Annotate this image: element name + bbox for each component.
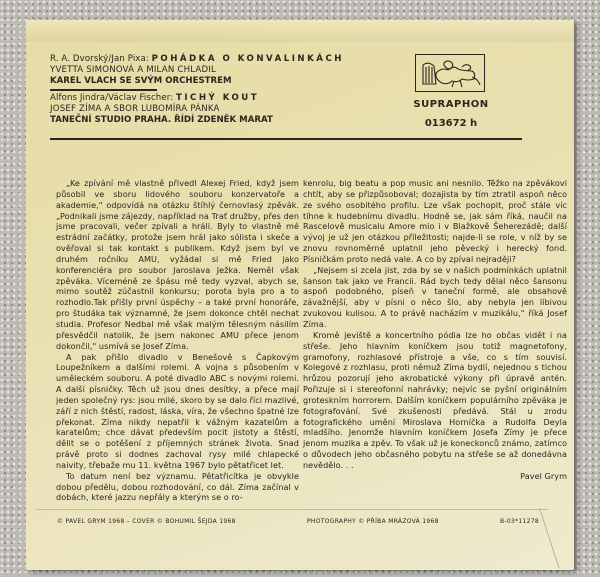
track2-orchestra: TANEČNÍ STUDIO PRAHA. ŘÍDÍ ZDENĚK MARAT (50, 115, 410, 126)
track-divider (50, 89, 157, 91)
article-column-2: kenrolu, big beatu a pop music ani nesni… (303, 178, 567, 482)
article-column-1: „Ke zpívání mě vlastně přivedl Alexej Fr… (56, 178, 299, 503)
track1-orchestra: KAREL VLACH SE SVÝM ORCHESTREM (50, 76, 410, 87)
copyright-text: © PAVEL GRYM 1968 – COVER © BOHUMIL ŠEJD… (57, 518, 236, 525)
track2-composer: Alfons Jindra/Václav Fischer: (50, 93, 173, 103)
track2-performers: JOSEF ZÍMA A SBOR LUBOMÍRA PÁNKA (50, 104, 410, 115)
catalog-number: 013672 h (402, 118, 500, 129)
track1-title: POHÁDKA O KONVALINKÁCH (152, 54, 344, 64)
print-code: B-03*11278 (500, 518, 539, 525)
supraphon-logo-icon (415, 54, 485, 92)
article-paragraph: To datum není bez významu. Pětatřicítka … (56, 471, 299, 504)
header-rule (50, 138, 522, 140)
track1-composer: R. A. Dvorský/Jan Pixa: (50, 54, 149, 64)
article-paragraph: kenrolu, big beatu a pop music ani nesni… (303, 178, 567, 265)
article-signature: Pavel Grym (303, 471, 567, 482)
article-paragraph: „Ke zpívání mě vlastně přivedl Alexej Fr… (56, 178, 299, 352)
article-paragraph: A pak přišlo divadlo v Benešově s Čapkov… (56, 352, 299, 471)
track-credits: R. A. Dvorský/Jan Pixa: POHÁDKA O KONVAL… (50, 54, 410, 126)
brand-name: SUPRAPHON (402, 99, 500, 110)
track1-performers: YVETTA SIMONOVÁ A MILAN CHLADIL (50, 65, 410, 76)
track2-heading: Alfons Jindra/Václav Fischer: TICHÝ KOUT (50, 93, 410, 104)
article-paragraph: Kromě jeviště a koncertního pódia lze ho… (303, 330, 567, 471)
photo-credit: PHOTOGRAPHY © PŘÍBA MRÁZOVÁ 1968 (307, 518, 439, 525)
track1-heading: R. A. Dvorský/Jan Pixa: POHÁDKA O KONVAL… (50, 54, 410, 65)
track2-title: TICHÝ KOUT (176, 93, 259, 103)
article-paragraph: „Nejsem si zcela jist, zda by se v našic… (303, 265, 567, 330)
